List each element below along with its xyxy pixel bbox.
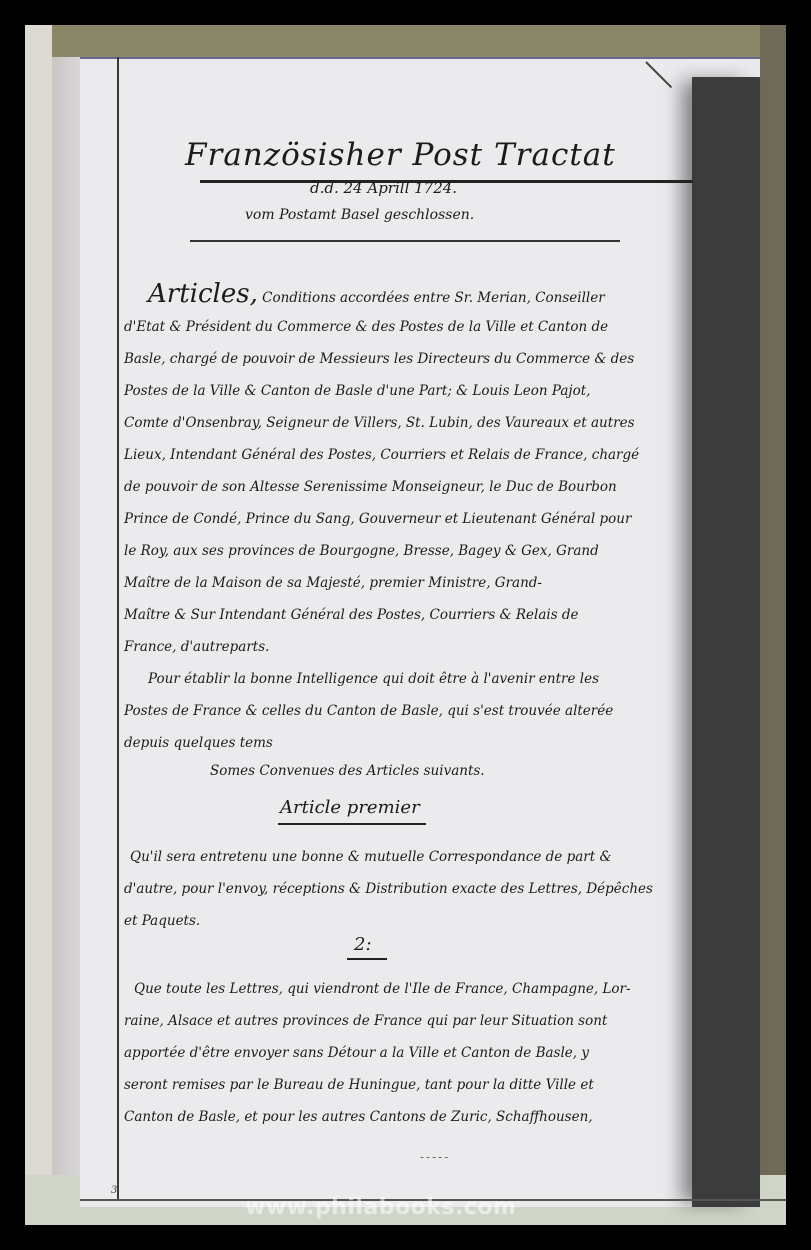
photo-frame: Französisher Post Tractat d.d. 24 Aprill… [25,25,786,1225]
article-2-heading-underline [347,958,387,960]
agreement-line: Somes Convenues des Articles suivants. [210,763,485,779]
article-1-heading: Article premier [280,797,420,818]
preamble-line-0: Pour établir la bonne Intelligence qui d… [148,671,599,687]
intro-line-10: Maître & Sur Intendant Général des Poste… [124,607,579,623]
top-binding-band [52,25,786,57]
article-2-line-0: Que toute les Lettres, qui viendront de … [134,981,631,997]
intro-line-9: Maître de la Maison de sa Majesté, premi… [124,575,542,591]
intro-line-7: Prince de Condé, Prince du Sang, Gouvern… [124,511,631,527]
article-2-line-1: raine, Alsace et autres provinces de Fra… [124,1013,607,1029]
intro-line-5: Lieux, Intendant Général des Postes, Cou… [124,447,639,463]
document-origin: vom Postamt Basel geschlossen. [245,207,474,223]
intro-line-4: Comte d'Onsenbray, Seigneur de Villers, … [124,415,635,431]
article-1-heading-underline [278,823,426,825]
article-1-line-0: Qu'il sera entretenu une bonne & mutuell… [130,849,611,865]
document-title: Französisher Post Tractat [185,137,616,173]
article-2-heading: 2: [354,934,372,955]
articles-lead-word: Articles, [148,279,258,309]
preamble-line-2: depuis quelques tems [124,735,273,751]
intro-line-3: Postes de la Ville & Canton de Basle d'u… [124,383,590,399]
intro-line-0: Articles, Conditions accordées entre Sr.… [124,279,605,309]
watermark-text: www.philabooks.com [245,1195,516,1220]
article-2-line-3: seront remises par le Bureau de Huningue… [124,1077,594,1093]
continuation-dashes: ----- [420,1150,450,1164]
preamble-line-1: Postes de France & celles du Canton de B… [124,703,613,719]
page-mark: 3 [111,1185,117,1196]
intro-line-2: Basle, chargé de pouvoir de Messieurs le… [124,351,634,367]
article-2-line-4: Canton de Basle, et pour les autres Cant… [124,1109,593,1125]
article-1-line-2: et Paquets. [124,913,200,929]
document-date: d.d. 24 Aprill 1724. [310,179,457,197]
article-1-line-1: d'autre, pour l'envoy, réceptions & Dist… [124,881,653,897]
left-margin [25,25,52,1225]
intro-line-6: de pouvoir de son Altesse Serenissime Mo… [124,479,617,495]
margin-rule [117,57,119,1199]
page-gutter-shadow [52,57,80,1207]
photocopy-dark-edge [692,77,760,1207]
subtitle-underline [190,240,620,242]
manuscript-content: Französisher Post Tractat d.d. 24 Aprill… [120,57,695,1197]
right-binding-margin [760,25,786,1225]
intro-line-11: France, d'autreparts. [124,639,269,655]
document-page: Französisher Post Tractat d.d. 24 Aprill… [80,57,760,1207]
intro-line-8: le Roy, aux ses provinces de Bourgogne, … [124,543,599,559]
intro-text: Conditions accordées entre Sr. Merian, C… [262,290,605,306]
article-2-line-2: apportée d'être envoyer sans Détour a la… [124,1045,589,1061]
intro-line-1: d'Etat & Président du Commerce & des Pos… [124,319,608,335]
